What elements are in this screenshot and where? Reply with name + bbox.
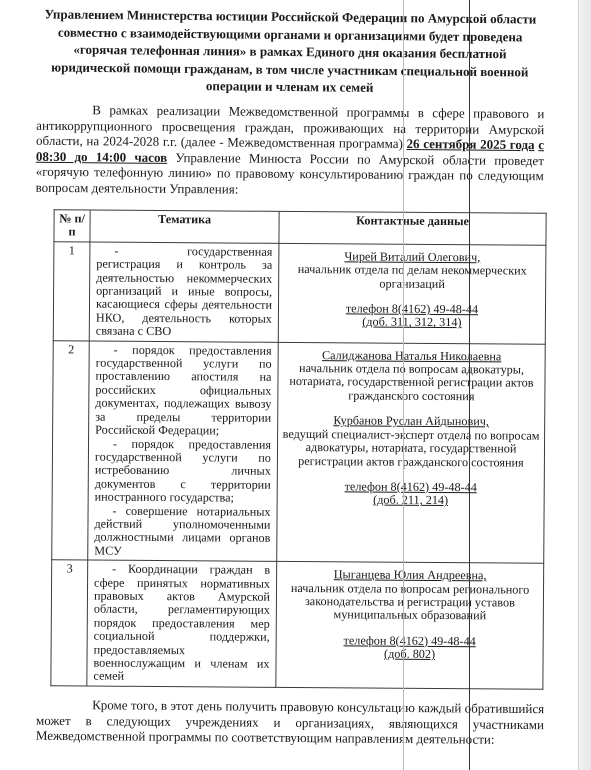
- document-heading: Управлением Министерства юстиции Российс…: [40, 5, 541, 98]
- contact-extension: (доб. 802): [281, 647, 539, 662]
- table-row: 1- государственная регистрация и контрол…: [53, 242, 546, 344]
- hotline-topics-table: № п/п Тематика Контактные данные 1- госу…: [50, 209, 546, 689]
- topic-text: - государственная регистрация и контроль…: [96, 244, 273, 339]
- topic-text: - порядок предоставления государственной…: [95, 436, 271, 504]
- row-number: 3: [51, 560, 88, 686]
- scan-artifact-line: [469, 0, 470, 770]
- table-header-row: № п/п Тематика Контактные данные: [54, 210, 546, 245]
- scan-artifact-line: [403, 0, 404, 770]
- row-topics: - порядок предоставления государственной…: [88, 341, 279, 562]
- topic-item: - совершение нотариальных действий уполн…: [94, 504, 270, 559]
- contact-person: Цыганцева Юлия Андреевна,начальник отдел…: [281, 568, 539, 623]
- topic-text: - Координации граждан в сфере принятых н…: [93, 562, 270, 683]
- contact-person: Курбанов Руслан Айдынович,ведущий специа…: [282, 414, 540, 469]
- contact-position: начальник отдела по вопросам регионально…: [281, 581, 539, 623]
- contact-position: ведущий специалист-эксперт отдела по воп…: [282, 428, 540, 470]
- row-contacts: Цыганцева Юлия Андреевна,начальник отдел…: [276, 562, 544, 690]
- contact-person: Чирей Виталий Олегович,начальник отдела …: [283, 250, 541, 292]
- header-contacts: Контактные данные: [279, 211, 546, 245]
- topic-item: - государственная регистрация и контроль…: [96, 244, 273, 339]
- contact-name: Цыганцева Юлия Андреевна,: [334, 567, 487, 582]
- closing-paragraph: Кроме того, в этот день получить правову…: [36, 697, 544, 748]
- topic-text: - порядок предоставления государственной…: [95, 342, 272, 437]
- event-date: 26 сентября 2025 года: [406, 136, 534, 152]
- row-topics: - государственная регистрация и контроль…: [89, 242, 279, 342]
- contact-position: начальник отдела по вопросам адвокатуры,…: [282, 362, 540, 404]
- header-topic: Тематика: [90, 210, 279, 243]
- row-contacts: Чирей Виталий Олегович,начальник отдела …: [278, 243, 546, 344]
- row-contacts: Салиджанова Наталья Николаевнаначальник …: [277, 342, 546, 563]
- row-number: 1: [53, 242, 90, 341]
- row-number: 2: [52, 340, 90, 560]
- topic-item: - порядок предоставления государственной…: [95, 437, 271, 505]
- topic-item: - порядок предоставления государственной…: [95, 343, 272, 438]
- contact-name: Курбанов Руслан Айдынович,: [333, 414, 489, 429]
- table-row: 2- порядок предоставления государственно…: [52, 340, 546, 563]
- contact-person: Салиджанова Наталья Николаевнаначальник …: [282, 349, 540, 404]
- closing-text: Кроме того, в этот день получить правову…: [36, 697, 544, 747]
- topic-item: - Координации граждан в сфере принятых н…: [93, 563, 270, 685]
- contact-position: начальник отдела по делам некоммерческих…: [283, 263, 541, 292]
- contact-extension: (доб. 311, 312, 314): [283, 315, 541, 330]
- scanned-document-page: Управлением Министерства юстиции Российс…: [0, 0, 591, 770]
- topic-text: - совершение нотариальных действий уполн…: [94, 503, 270, 557]
- page-edge-shadow: [578, 0, 591, 770]
- contact-extension: (доб. 211, 214): [282, 493, 540, 508]
- row-topics: - Координации граждан в сфере принятых н…: [87, 560, 277, 687]
- header-num: № п/п: [54, 210, 90, 242]
